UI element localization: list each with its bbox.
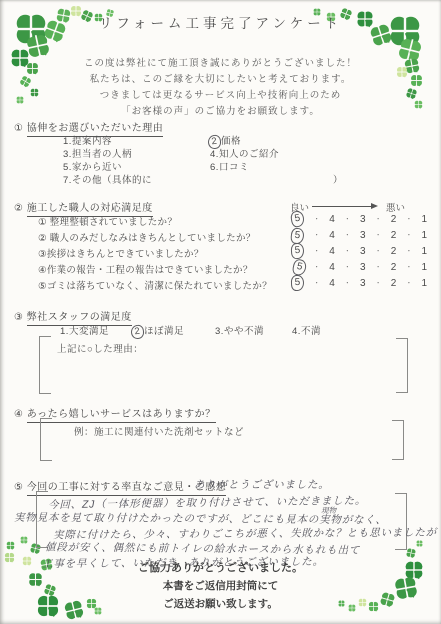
intro-line: 「お客様の声」のご協力をお願致します。	[0, 103, 441, 117]
rating-number: 3	[360, 278, 366, 289]
rating-number: 4	[329, 278, 335, 289]
reason-label: 上記に○した理由：	[57, 341, 143, 355]
rating-number: 4	[329, 214, 335, 225]
scale-dot: ・	[405, 230, 412, 240]
rating-number: 2	[391, 230, 397, 241]
scale-dot: ・	[405, 262, 412, 272]
scale-dot: ・	[375, 230, 382, 240]
q1-option-1: 1.提案内容	[63, 133, 112, 147]
clover-icon	[6, 541, 15, 550]
selected-rating: 5	[291, 258, 307, 276]
q2-row-label: ③挨拶はきちんとできていましたか？	[38, 246, 204, 260]
rating-number: 4	[329, 246, 335, 257]
q1-option-3: 3.担当者の人柄	[63, 146, 132, 160]
clover-icon	[416, 540, 423, 547]
rating-number: 3	[360, 246, 366, 257]
q2-row-label: ⑤ゴミは落ちていなく、清潔に保たれていましたか？	[38, 278, 272, 292]
section-number: ③	[14, 312, 23, 323]
q2-rating-scale: 5・4・3・2・1	[291, 259, 427, 275]
q2-rating-scale: 5・4・3・2・1	[291, 243, 427, 259]
rating-number: 3	[360, 230, 366, 241]
example-bracket-left	[40, 418, 52, 461]
q2-row-label: ① 整理整頓されていましたか？	[38, 214, 177, 228]
rating-number: 2	[391, 246, 397, 257]
rating-number: 1	[421, 214, 427, 225]
example-text: 例：施工に関連付いた洗剤セットなど	[74, 424, 244, 438]
section2-heading: ② 施工した職人の対応満足度	[14, 199, 153, 214]
q3-option-2-selected: 2ほぼ満足	[131, 323, 184, 339]
handwritten-annotation: 現物	[321, 505, 336, 516]
q3-option-1: 1.大変満足	[60, 323, 109, 337]
scale-dot: ・	[405, 214, 412, 224]
reason-bracket-right	[396, 338, 408, 393]
scale-dot: ・	[313, 214, 320, 224]
selected-rating: 5	[290, 243, 304, 260]
rating-number: 1	[421, 262, 427, 273]
scale-dot: ・	[375, 246, 382, 256]
scale-dot: ・	[344, 278, 351, 288]
rating-number: 1	[421, 230, 427, 241]
scale-dot: ・	[313, 230, 320, 240]
q2-rating-scale: 5・4・3・2・1	[291, 275, 427, 291]
rating-number: 3	[360, 214, 366, 225]
q1-option-5: 5.家から近い	[63, 159, 122, 173]
rating-number: 2	[391, 278, 397, 289]
intro-line: つきましては更なるサービス向上や技術向上のため	[0, 87, 441, 101]
page-title: リフォーム工事完了アンケート	[0, 12, 441, 32]
selected-rating: 5	[291, 275, 305, 291]
scale-dot: ・	[375, 262, 382, 272]
handwritten-note: ありがとうございました。	[194, 477, 330, 492]
footer-return-line2: ご返送お願い致します。	[0, 596, 441, 611]
rating-number: 3	[360, 262, 366, 273]
section-number: ④	[14, 409, 23, 420]
rating-number: 2	[391, 214, 397, 225]
scale-dot: ・	[405, 246, 412, 256]
scale-dot: ・	[375, 278, 382, 288]
rating-number: 1	[421, 278, 427, 289]
rating-number: 4	[329, 262, 335, 273]
intro-line: この度は弊社にて施工頂き誠にありがとうございました！	[0, 55, 441, 69]
section-number: ①	[14, 123, 23, 134]
scale-dot: ・	[313, 246, 320, 256]
q1-option-4: 4.知人のご紹介	[210, 146, 279, 160]
section-number: ⑤	[14, 482, 23, 493]
scale-dot: ・	[313, 278, 320, 288]
scale-dot: ・	[405, 278, 412, 288]
q3-option-4: 4.不満	[292, 323, 321, 337]
q2-rating-scale: 5・4・3・2・1	[291, 211, 427, 227]
example-bracket-right	[392, 420, 404, 460]
scale-dot: ・	[344, 214, 351, 224]
section3-heading: ③ 弊社スタッフの満足度	[14, 308, 132, 323]
selected-rating: 5	[290, 210, 306, 228]
scale-dot: ・	[375, 214, 382, 224]
scale-dot: ・	[313, 262, 320, 272]
q3-option-3: 3.やや不満	[215, 323, 264, 337]
intro-line: 私たちは、このご縁を大切にしたいと考えております。	[0, 71, 441, 85]
rating-number: 1	[421, 246, 427, 257]
section1-heading: ① 協伸をお選びいただいた理由	[14, 119, 163, 134]
footer-thanks: ご協力ありがとうございました。	[0, 559, 441, 575]
rating-number: 2	[391, 262, 397, 273]
q2-row-label: ② 職人のみだしなみはきちんとしていましたか？	[38, 230, 256, 244]
reason-bracket-left	[39, 336, 51, 394]
q1-option-7: 7.その他（具体的に	[63, 172, 152, 186]
scale-dot: ・	[344, 246, 351, 256]
footer-return-line1: 本書をご返信用封筒にて	[0, 578, 441, 593]
q1-option-7-close-paren: ）	[333, 172, 343, 186]
q1-option-6: 6.口コミ	[210, 159, 249, 173]
section-number: ②	[14, 203, 23, 214]
section-title: あったら嬉しいサービスはありますか？	[27, 409, 216, 423]
q2-row-label: ④作業の報告・工程の報告はできていましたか？	[38, 262, 253, 276]
rating-number: 4	[329, 230, 335, 241]
scale-dot: ・	[344, 262, 351, 272]
clover-icon	[20, 536, 28, 544]
handwritten-selection-circle: 2	[130, 324, 145, 340]
scanned-survey-page: リフォーム工事完了アンケート この度は弊社にて施工頂き誠にありがとうございました…	[0, 0, 441, 624]
scale-arrow-icon	[312, 206, 372, 207]
comment-bracket-right	[395, 493, 407, 550]
q2-rating-scale: 5・4・3・2・1	[291, 227, 427, 243]
scale-dot: ・	[344, 230, 351, 240]
